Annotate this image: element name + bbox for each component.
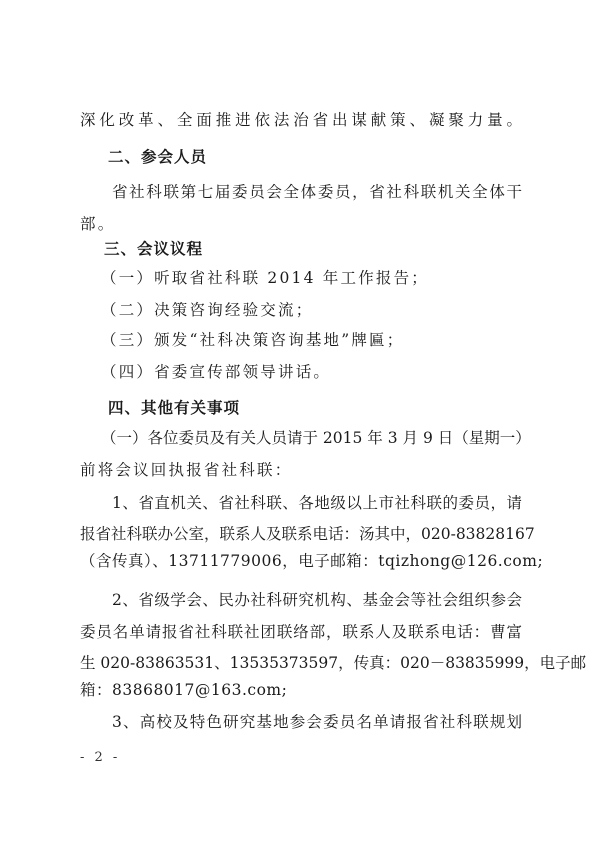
agenda-item: （二）决策咨询经验交流； bbox=[101, 300, 543, 320]
agenda-item: （一）听取省社科联 2014 年工作报告； bbox=[101, 268, 543, 288]
paragraph-line: 报省社科联办公室，联系人及联系电话：汤其中，020-83828167 bbox=[80, 524, 522, 544]
section-heading-attendees: 二、参会人员 bbox=[108, 147, 550, 167]
paragraph-line: 箱：83868017@163.com; bbox=[80, 680, 522, 700]
paragraph-line: 前将会议回执报省社科联： bbox=[80, 460, 522, 480]
paragraph-line: 省社科联第七届委员会全体委员，省社科联机关全体干 bbox=[112, 182, 522, 202]
paragraph-line: 1、省直机关、省社科联、各地级以上市社科联的委员，请 bbox=[112, 493, 522, 513]
section-heading-other-matters: 四、其他有关事项 bbox=[108, 398, 550, 418]
paragraph-line: 深化改革、全面推进依法治省出谋献策、凝聚力量。 bbox=[80, 110, 522, 130]
paragraph-line: （含传真）、13711779006，电子邮箱：tqizhong@126.com; bbox=[80, 551, 522, 571]
document-page: 深化改革、全面推进依法治省出谋献策、凝聚力量。 二、参会人员 省社科联第七届委员… bbox=[0, 0, 596, 842]
section-heading-agenda: 三、会议议程 bbox=[104, 239, 546, 259]
paragraph-line: 3、高校及特色研究基地参会委员名单请报省社科联规划 bbox=[112, 712, 522, 732]
paragraph-line: 委员名单请报省社科联社团联络部，联系人及联系电话：曹富 bbox=[80, 622, 522, 642]
paragraph-line: 部。 bbox=[80, 214, 522, 234]
paragraph-line: 生 020-83863531、13535373597，传真：020－838359… bbox=[80, 653, 522, 673]
agenda-item: （三）颁发“社科决策咨询基地”牌匾； bbox=[101, 330, 543, 350]
page-number: - 2 - bbox=[80, 750, 120, 765]
paragraph-line: 2、省级学会、民办社科研究机构、基金会等社会组织参会 bbox=[112, 590, 522, 610]
agenda-item: （四）省委宣传部领导讲话。 bbox=[101, 362, 543, 382]
paragraph-line: （一）各位委员及有关人员请于 2015 年 3 月 9 日（星期一） bbox=[101, 428, 522, 448]
